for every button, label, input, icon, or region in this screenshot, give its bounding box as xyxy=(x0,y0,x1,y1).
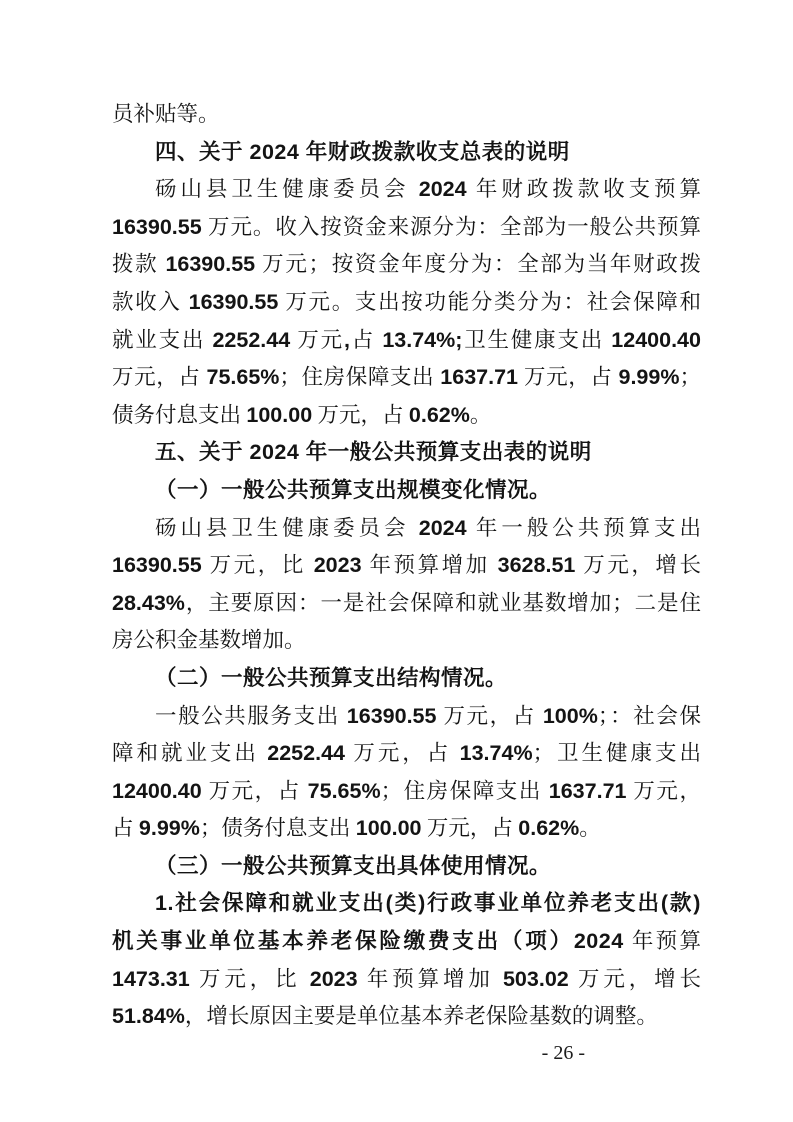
line-paragraph-end: 员补贴等。 xyxy=(112,96,701,134)
subsection-heading-2: （二）一般公共预算支出结构情况。 xyxy=(112,660,701,698)
numeric-text: 2023 xyxy=(310,967,358,991)
numeric-text: 16390.55 xyxy=(165,252,255,276)
subsection-heading-1: （一）一般公共预算支出规模变化情况。 xyxy=(112,472,701,510)
text-segment: 28.43%，主要原因：一是社会保障和就业基数增加；二是住 xyxy=(112,591,701,615)
document-body: 员补贴等。四、关于 2024 年财政拨款收支总表的说明砀山县卫生健康委员会 20… xyxy=(112,96,701,1036)
text-segment: 占 9.99%；债务付息支出 100.00 万元，占 0.62%。 xyxy=(112,816,601,840)
numeric-text: ) xyxy=(693,891,701,915)
numeric-text: 2024 xyxy=(249,140,299,164)
text-segment: （一）一般公共预算支出规模变化情况。 xyxy=(155,478,551,502)
numeric-text: 51.84% xyxy=(112,1004,185,1028)
text-segment: 万元，占 75.65%；住房保障支出 1637.71 万元，占 9.99%； xyxy=(112,365,701,389)
numeric-text: ( xyxy=(661,891,669,915)
numeric-text: 28.43% xyxy=(112,591,185,615)
text-line: 16390.55 万元，比 2023 年预算增加 3628.51 万元，增长 xyxy=(112,547,701,585)
text-segment: 障和就业支出 2252.44 万元，占 13.74%；卫生健康支出 xyxy=(112,741,701,765)
text-segment: 拨款 16390.55 万元；按资金年度分为：全部为当年财政拨 xyxy=(112,252,701,276)
numeric-text: 2024 xyxy=(574,929,624,953)
numeric-text: 1637.71 xyxy=(549,779,627,803)
numeric-text: 0.62% xyxy=(518,816,579,840)
text-segment: （二）一般公共预算支出结构情况。 xyxy=(155,666,507,690)
numeric-text: 2024 xyxy=(419,177,467,201)
text-segment: 就业支出 2252.44 万元,占 13.74%;卫生健康支出 12400.40 xyxy=(112,328,701,352)
text-line: 障和就业支出 2252.44 万元，占 13.74%；卫生健康支出 xyxy=(112,735,701,773)
numeric-text: 3628.51 xyxy=(498,553,576,577)
item-heading-1: 1.社会保障和就业支出(类)行政事业单位养老支出(款) xyxy=(112,885,701,923)
numeric-text: 100.00 xyxy=(246,403,312,427)
text-segment: （三）一般公共预算支出具体使用情况。 xyxy=(155,854,551,878)
section-heading-4: 四、关于 2024 年财政拨款收支总表的说明 xyxy=(112,134,701,172)
numeric-text: 16390.55 xyxy=(189,290,279,314)
numeric-text: 100.00 xyxy=(356,816,422,840)
text-line: 砀山县卫生健康委员会 2024 年一般公共预算支出 xyxy=(112,510,701,548)
page-number: - 26 - xyxy=(112,1040,701,1066)
numeric-text: 13.74% xyxy=(460,741,533,765)
numeric-text: 16390.55 xyxy=(347,704,437,728)
line-paragraph-end: 债务付息支出 100.00 万元，占 0.62%。 xyxy=(112,397,701,435)
numeric-text: 75.65% xyxy=(308,779,381,803)
numeric-text: 0.62% xyxy=(409,403,470,427)
text-segment: 一般公共服务支出 16390.55 万元，占 100%；：社会保 xyxy=(155,704,701,728)
numeric-text: 2024 xyxy=(249,440,299,464)
document-page: 员补贴等。四、关于 2024 年财政拨款收支总表的说明砀山县卫生健康委员会 20… xyxy=(0,0,793,1122)
text-segment: 16390.55 万元。收入按资金来源分为：全部为一般公共预算 xyxy=(112,215,701,239)
numeric-text: 1. xyxy=(155,891,174,915)
text-segment: 债务付息支出 100.00 万元，占 0.62%。 xyxy=(112,403,491,427)
section-heading-5: 五、关于 2024 年一般公共预算支出表的说明 xyxy=(112,434,701,472)
text-segment: 五、关于 2024 年一般公共预算支出表的说明 xyxy=(155,440,592,464)
numeric-text: 9.99% xyxy=(619,365,680,389)
numeric-text: 13.74%; xyxy=(382,328,462,352)
line-paragraph-end: 51.84%，增长原因主要是单位基本养老保险基数的调整。 xyxy=(112,998,701,1036)
text-segment: 51.84%，增长原因主要是单位基本养老保险基数的调整。 xyxy=(112,1004,658,1028)
numeric-text: 1473.31 xyxy=(112,967,190,991)
text-segment: 16390.55 万元，比 2023 年预算增加 3628.51 万元，增长 xyxy=(112,553,701,577)
numeric-text: 1637.71 xyxy=(440,365,518,389)
numeric-text: 12400.40 xyxy=(611,328,701,352)
text-segment: 1473.31 万元，比 2023 年预算增加 503.02 万元，增长 xyxy=(112,967,701,991)
numeric-text: 16390.55 xyxy=(112,215,202,239)
text-line: 万元，占 75.65%；住房保障支出 1637.71 万元，占 9.99%； xyxy=(112,359,701,397)
numeric-text: 2252.44 xyxy=(267,741,345,765)
text-segment: 款收入 16390.55 万元。支出按功能分类分为：社会保障和 xyxy=(112,290,701,314)
text-segment: 12400.40 万元，占 75.65%；住房保障支出 1637.71 万元， xyxy=(112,779,701,803)
subsection-heading-3: （三）一般公共预算支出具体使用情况。 xyxy=(112,848,701,886)
text-line: 机关事业单位基本养老保险缴费支出（项）2024 年预算 xyxy=(112,923,701,961)
text-segment: 四、关于 2024 年财政拨款收支总表的说明 xyxy=(155,140,570,164)
numeric-text: 2024 xyxy=(419,516,467,540)
numeric-text: 100% xyxy=(543,704,598,728)
text-segment: 年预算 xyxy=(632,929,701,953)
line-paragraph-end: 房公积金基数增加。 xyxy=(112,622,701,660)
text-line: 1473.31 万元，比 2023 年预算增加 503.02 万元，增长 xyxy=(112,961,701,999)
text-line: 款收入 16390.55 万元。支出按功能分类分为：社会保障和 xyxy=(112,284,701,322)
text-line: 就业支出 2252.44 万元,占 13.74%;卫生健康支出 12400.40 xyxy=(112,322,701,360)
numeric-text: 503.02 xyxy=(503,967,569,991)
numeric-text: ( xyxy=(386,891,394,915)
numeric-text: ) xyxy=(418,891,426,915)
text-line: 12400.40 万元，占 75.65%；住房保障支出 1637.71 万元， xyxy=(112,773,701,811)
text-segment: 砀山县卫生健康委员会 2024 年财政拨款收支预算 xyxy=(155,177,701,201)
numeric-text: 16390.55 xyxy=(112,553,202,577)
text-line: 一般公共服务支出 16390.55 万元，占 100%；：社会保 xyxy=(112,698,701,736)
numeric-text: 2252.44 xyxy=(212,328,290,352)
numeric-text: 12400.40 xyxy=(112,779,202,803)
text-line: 砀山县卫生健康委员会 2024 年财政拨款收支预算 xyxy=(112,171,701,209)
numeric-text: , xyxy=(344,328,350,352)
text-line: 16390.55 万元。收入按资金来源分为：全部为一般公共预算 xyxy=(112,209,701,247)
text-segment: 1.社会保障和就业支出(类)行政事业单位养老支出(款) xyxy=(155,891,701,915)
text-segment: 员补贴等。 xyxy=(112,102,220,126)
text-segment: 机关事业单位基本养老保险缴费支出（项）2024 xyxy=(112,929,632,953)
numeric-text: 2023 xyxy=(314,553,362,577)
numeric-text: 75.65% xyxy=(207,365,280,389)
text-line: 拨款 16390.55 万元；按资金年度分为：全部为当年财政拨 xyxy=(112,246,701,284)
numeric-text: 9.99% xyxy=(139,816,200,840)
text-segment: 砀山县卫生健康委员会 2024 年一般公共预算支出 xyxy=(155,516,701,540)
text-segment: 房公积金基数增加。 xyxy=(112,628,306,652)
line-paragraph-end: 占 9.99%；债务付息支出 100.00 万元，占 0.62%。 xyxy=(112,810,701,848)
text-line: 28.43%，主要原因：一是社会保障和就业基数增加；二是住 xyxy=(112,585,701,623)
